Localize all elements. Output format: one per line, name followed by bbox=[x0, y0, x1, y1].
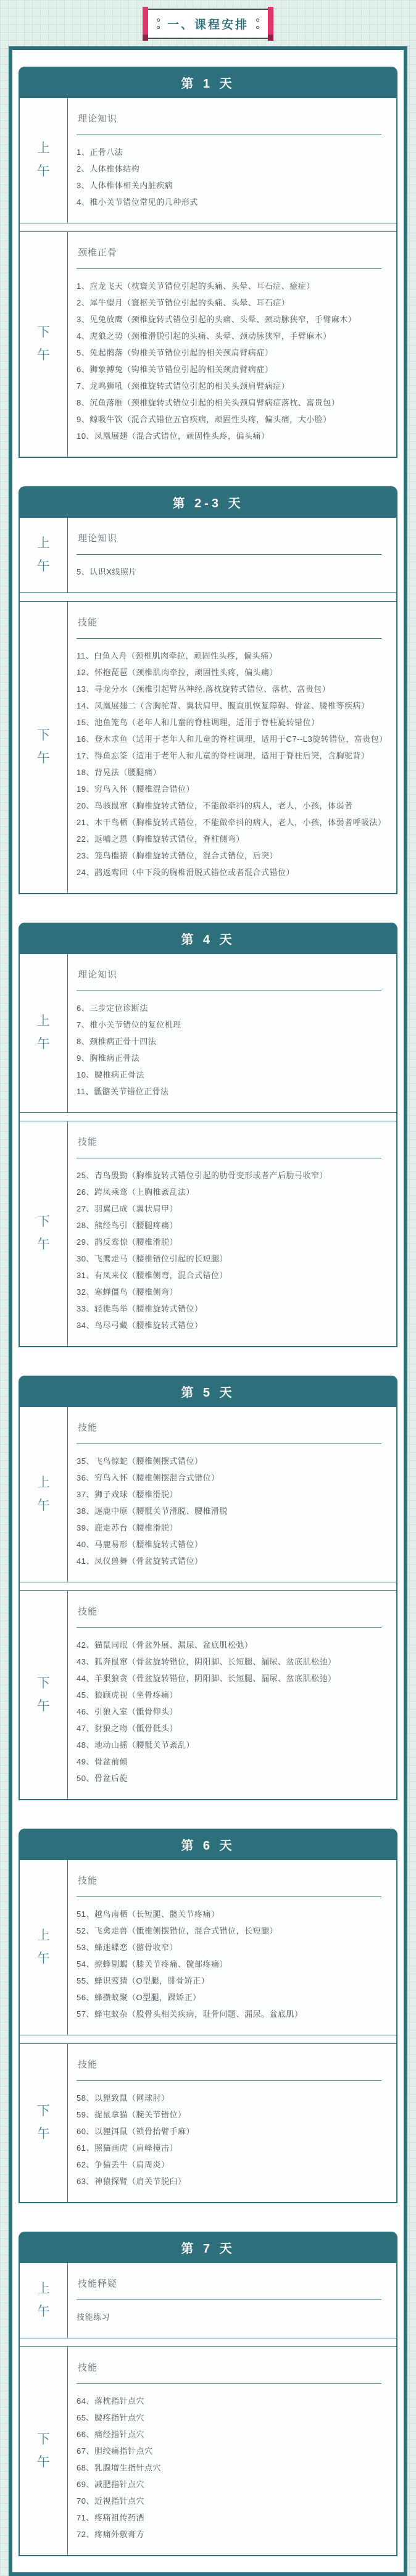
course-item: 3、人体椎体相关内脏疾病 bbox=[77, 177, 385, 194]
course-item: 19、穷鸟入怀（腰椎混合错位） bbox=[77, 781, 385, 797]
session-time-label: 上午 bbox=[36, 138, 51, 183]
day-card: 第 2-3 天 上午 理论知识 5、认识X线照片 下午 技能 11、白鱼入舟（颈… bbox=[19, 486, 397, 894]
session-separator bbox=[20, 592, 396, 602]
course-item: 32、寒蝉僵鸟（腰椎侧弯） bbox=[77, 1284, 385, 1300]
page-title: 一、课程安排 bbox=[167, 15, 249, 32]
session-row: 下午 颈椎正骨 1、应龙飞天（枕寰关节错位引起的头痛、头晕、耳石症、癔症）2、犀… bbox=[20, 232, 396, 457]
session-content: 技能释疑 技能练习 bbox=[68, 2263, 396, 2338]
course-item: 14、凤凰展翅二（含胸驼背、翼状肩甲、腹直肌恢复障碍、骨盆、腰椎等疾病） bbox=[77, 697, 385, 714]
section-title: 理论知识 bbox=[77, 962, 385, 991]
course-item-list: 5、认识X线照片 bbox=[77, 563, 385, 580]
day-title: 第 6 天 bbox=[181, 1839, 235, 1853]
course-item: 35、飞鸟惊蛇（腰椎侧摆式错位） bbox=[77, 1453, 385, 1469]
session-separator bbox=[20, 223, 396, 232]
title-dots-right bbox=[256, 19, 259, 29]
session-time-cell: 下午 bbox=[20, 2347, 68, 2555]
course-item: 33、轻徙鸟举（腰椎旋转式错位） bbox=[77, 1300, 385, 1317]
course-item-list: 1、应龙飞天（枕寰关节错位引起的头痛、头晕、耳石症、癔症）2、犀牛望月（寰枢关节… bbox=[77, 278, 385, 444]
course-item: 57、蜂屯蚁杂（股骨头相关疾病，耻骨问题、漏尿。盆底肌） bbox=[77, 2006, 385, 2022]
session-time-cell: 上午 bbox=[20, 518, 68, 592]
course-item: 13、寻龙分水（颈椎引起臂丛神经,落枕旋转式错位、落枕、富贵包） bbox=[77, 681, 385, 697]
dot-icon bbox=[256, 26, 259, 29]
session-time-label: 上午 bbox=[36, 1925, 51, 1971]
course-item-list: 64、落枕指针点穴65、腰疼指针点穴66、痛经指针点穴67、胆绞痛指针点穴68、… bbox=[77, 2393, 385, 2543]
course-item: 27、羽翼已成（翼状肩甲） bbox=[77, 1200, 385, 1217]
session-content: 技能 35、飞鸟惊蛇（腰椎侧摆式错位）36、穷鸟入怀（腰椎侧摆混合式错位）37、… bbox=[68, 1407, 396, 1582]
course-item: 65、腰疼指针点穴 bbox=[77, 2409, 385, 2426]
title-row: 一、课程安排 bbox=[0, 0, 416, 39]
course-item: 技能练习 bbox=[77, 2309, 385, 2325]
section-divider bbox=[77, 638, 381, 639]
course-item: 48、地动山摇（腰骶关节紊乱） bbox=[77, 1737, 385, 1753]
session-separator bbox=[20, 1112, 396, 1121]
session-content: 理论知识 5、认识X线照片 bbox=[68, 518, 396, 592]
course-item: 38、逐鹿中原（腰骶关节滑脱、腰椎滑脱 bbox=[77, 1503, 385, 1519]
course-item: 66、痛经指针点穴 bbox=[77, 2426, 385, 2443]
session-time-label: 上午 bbox=[36, 1472, 51, 1518]
course-item: 2、人体椎体结构 bbox=[77, 160, 385, 177]
course-item-list: 42、猫鼠同眠（骨盆外展、漏尿、盆底肌松弛）43、狐奔鼠窜（骨盆旋转错位，阴阳脚… bbox=[77, 1637, 385, 1787]
day-header: 第 7 天 bbox=[19, 2232, 397, 2263]
course-item: 46、引狼入室（骶骨仰头） bbox=[77, 1703, 385, 1720]
day-header: 第 5 天 bbox=[19, 1376, 397, 1407]
day-title: 第 7 天 bbox=[181, 2242, 235, 2256]
session-content: 技能 42、猫鼠同眠（骨盆外展、漏尿、盆底肌松弛）43、狐奔鼠窜（骨盆旋转错位，… bbox=[68, 1591, 396, 1799]
section-title: 理论知识 bbox=[77, 525, 385, 554]
course-item: 61、照猫画虎（肩峰撞击） bbox=[77, 2140, 385, 2156]
course-item: 12、怀抱琵琶（颈椎肌肉牵拉，顽固性头疼，偏头痛） bbox=[77, 664, 385, 681]
course-item-list: 25、青鸟殷勤（胸椎旋转式错位引起的肋骨变形或者产后肋弓收窄）26、跨凤乘鸾（上… bbox=[77, 1167, 385, 1334]
day-title: 第 5 天 bbox=[181, 1386, 235, 1400]
title-dots-left bbox=[157, 19, 160, 29]
section-divider bbox=[77, 2080, 381, 2081]
course-item: 6、狮象搏兔（钩椎关节错位引起的相关颈肩臂病症） bbox=[77, 361, 385, 378]
course-item: 6、三步定位诊断法 bbox=[77, 1000, 385, 1016]
course-item: 10、腰椎病正骨法 bbox=[77, 1066, 385, 1083]
course-item: 5、认识X线照片 bbox=[77, 563, 385, 580]
course-item: 25、青鸟殷勤（胸椎旋转式错位引起的肋骨变形或者产后肋弓收窄） bbox=[77, 1167, 385, 1184]
section-title: 技能 bbox=[77, 2354, 385, 2383]
course-item: 53、蜂迷蝶恋（髂骨收窄） bbox=[77, 1939, 385, 1956]
course-item: 9、胸椎病正骨法 bbox=[77, 1050, 385, 1066]
section-divider bbox=[77, 1158, 381, 1158]
day-card: 第 5 天 上午 技能 35、飞鸟惊蛇（腰椎侧摆式错位）36、穷鸟入怀（腰椎侧摆… bbox=[19, 1376, 397, 1800]
course-item: 68、乳腺增生指针点穴 bbox=[77, 2459, 385, 2476]
course-item: 4、椎小关节错位常见的几种形式 bbox=[77, 194, 385, 210]
section-divider bbox=[77, 1627, 381, 1628]
day-table: 上午 理论知识 1、正骨八法2、人体椎体结构3、人体椎体相关内脏疾病4、椎小关节… bbox=[19, 98, 397, 458]
course-item: 31、有凤来仪（腰椎侧弯，混合式错位） bbox=[77, 1267, 385, 1284]
schedule-container: 第 1 天 上午 理论知识 1、正骨八法2、人体椎体结构3、人体椎体相关内脏疾病… bbox=[9, 46, 407, 2576]
course-item: 7、龙鸣狮吼（颈椎旋转式错位引起的相关头颈肩臂病症） bbox=[77, 378, 385, 394]
course-item: 36、穷鸟入怀（腰椎侧摆混合式错位） bbox=[77, 1469, 385, 1486]
session-content: 技能 51、越鸟南栖（长短腿、髋关节疼痛）52、飞禽走兽（骶椎侧摆错位，混合式错… bbox=[68, 1860, 396, 2035]
course-item-list: 51、越鸟南栖（长短腿、髋关节疼痛）52、飞禽走兽（骶椎侧摆错位，混合式错位，长… bbox=[77, 1906, 385, 2022]
session-content: 技能 25、青鸟殷勤（胸椎旋转式错位引起的肋骨变形或者产后肋弓收窄）26、跨凤乘… bbox=[68, 1121, 396, 1346]
course-item: 9、鲸吸牛饮（混合式错位五官疾病，顽固性头疼，偏头痛，大小脸） bbox=[77, 411, 385, 428]
session-content: 理论知识 1、正骨八法2、人体椎体结构3、人体椎体相关内脏疾病4、椎小关节错位常… bbox=[68, 98, 396, 223]
course-item: 4、虎狼之势（颈椎滑脱引起的头痛、头晕、颈动脉狭窄，手臂麻木） bbox=[77, 328, 385, 344]
session-time-label: 下午 bbox=[36, 1672, 51, 1718]
course-item: 23、笼鸟槛猿（胸椎旋转式错位，混合式错位，后突） bbox=[77, 847, 385, 864]
course-item-list: 技能练习 bbox=[77, 2309, 385, 2325]
course-item-list: 58、以狸致鼠（网球肘）59、捉鼠拿猫（腕关节错位）60、以狸饵鼠（锁骨抬臂手麻… bbox=[77, 2090, 385, 2190]
session-separator bbox=[20, 2338, 396, 2347]
course-item: 26、跨凤乘鸾（上胸椎紊乱法） bbox=[77, 1184, 385, 1200]
course-item-list: 1、正骨八法2、人体椎体结构3、人体椎体相关内脏疾病4、椎小关节错位常见的几种形… bbox=[77, 144, 385, 210]
session-row: 下午 技能 42、猫鼠同眠（骨盆外展、漏尿、盆底肌松弛）43、狐奔鼠窜（骨盆旋转… bbox=[20, 1591, 396, 1799]
day-header: 第 1 天 bbox=[19, 67, 397, 98]
session-content: 技能 64、落枕指针点穴65、腰疼指针点穴66、痛经指针点穴67、胆绞痛指针点穴… bbox=[68, 2347, 396, 2555]
dot-icon bbox=[256, 19, 259, 22]
course-item: 49、骨盆前倾 bbox=[77, 1753, 385, 1770]
dot-icon bbox=[157, 26, 160, 29]
course-item: 44、羊狠狼贪（骨盆旋转错位，阴阳脚、长短腿、漏尿、盆底肌松弛） bbox=[77, 1670, 385, 1687]
session-time-label: 上午 bbox=[36, 533, 51, 578]
session-time-label: 下午 bbox=[36, 2100, 51, 2146]
course-item: 34、鸟尽弓藏（腰椎旋转式错位） bbox=[77, 1317, 385, 1334]
section-divider bbox=[77, 991, 381, 991]
course-item: 2、犀牛望月（寰枢关节错位引起的头痛、头晕、耳石症） bbox=[77, 294, 385, 311]
course-item: 72、疼痛外敷膏方 bbox=[77, 2526, 385, 2543]
course-item: 8、颈椎病正骨十四法 bbox=[77, 1033, 385, 1050]
course-item: 39、鹿走苏台（腰椎滑脱） bbox=[77, 1519, 385, 1536]
course-item: 56、蜂攒蚁聚（O型腿，踝矫正） bbox=[77, 1989, 385, 2006]
day-table: 上午 技能 51、越鸟南栖（长短腿、髋关节疼痛）52、飞禽走兽（骶椎侧摆错位，混… bbox=[19, 1860, 397, 2203]
course-item: 8、沉鱼落雁（颈椎旋转式错位引起的相关头颈肩臂病症落枕、富贵包） bbox=[77, 394, 385, 411]
section-title: 技能 bbox=[77, 1129, 385, 1158]
session-row: 下午 技能 64、落枕指针点穴65、腰疼指针点穴66、痛经指针点穴67、胆绞痛指… bbox=[20, 2347, 396, 2555]
course-item: 55、蜂识莺猜（O型腿，腓骨矫正） bbox=[77, 1972, 385, 1989]
course-item: 11、骶髂关节错位正骨法 bbox=[77, 1083, 385, 1100]
course-item: 37、狮子戏球（腰椎滑脱） bbox=[77, 1486, 385, 1503]
day-header: 第 4 天 bbox=[19, 923, 397, 954]
day-title: 第 4 天 bbox=[181, 933, 235, 947]
session-row: 下午 技能 25、青鸟殷勤（胸椎旋转式错位引起的肋骨变形或者产后肋弓收窄）26、… bbox=[20, 1121, 396, 1346]
course-item: 3、见兔放鹰（颈椎旋转式错位引起的头痛、头晕、颈动脉狭窄，手臂麻木） bbox=[77, 311, 385, 328]
course-item: 47、豺狼之吻（骶骨低头） bbox=[77, 1720, 385, 1737]
course-item: 1、正骨八法 bbox=[77, 144, 385, 160]
course-item: 17、得鱼忘筌（适用于老年人和儿童的脊柱调理，适用于脊柱后突，含胸驼背） bbox=[77, 747, 385, 764]
session-time-cell: 上午 bbox=[20, 1407, 68, 1582]
course-item-list: 35、飞鸟惊蛇（腰椎侧摆式错位）36、穷鸟入怀（腰椎侧摆混合式错位）37、狮子戏… bbox=[77, 1453, 385, 1569]
session-row: 上午 理论知识 5、认识X线照片 bbox=[20, 518, 396, 592]
session-row: 下午 技能 11、白鱼入舟（颈椎肌肉牵拉，顽固性头疼，偏头痛）12、怀抱琵琶（颈… bbox=[20, 602, 396, 893]
section-title: 颈椎正骨 bbox=[77, 239, 385, 268]
course-item: 52、飞禽走兽（骶椎侧摆错位，混合式错位，长短腿） bbox=[77, 1922, 385, 1939]
course-item: 58、以狸致鼠（网球肘） bbox=[77, 2090, 385, 2106]
course-item: 16、登木求鱼（适用于老年人和儿童的脊柱调理，适用于C7--L3旋转错位，富贵包… bbox=[77, 731, 385, 747]
course-item-list: 11、白鱼入舟（颈椎肌肉牵拉，顽固性头疼，偏头痛）12、怀抱琵琶（颈椎肌肉牵拉，… bbox=[77, 647, 385, 881]
course-item: 51、越鸟南栖（长短腿、髋关节疼痛） bbox=[77, 1906, 385, 1922]
session-content: 技能 58、以狸致鼠（网球肘）59、捉鼠拿猫（腕关节错位）60、以狸饵鼠（锁骨抬… bbox=[68, 2044, 396, 2202]
session-row: 上午 理论知识 6、三步定位诊断法7、椎小关节错位的复位机理8、颈椎病正骨十四法… bbox=[20, 954, 396, 1112]
session-row: 上午 技能 51、越鸟南栖（长短腿、髋关节疼痛）52、飞禽走兽（骶椎侧摆错位，混… bbox=[20, 1860, 396, 2035]
course-item: 18、背晃法（腰腿痛） bbox=[77, 764, 385, 781]
session-content: 理论知识 6、三步定位诊断法7、椎小关节错位的复位机理8、颈椎病正骨十四法9、胸… bbox=[68, 954, 396, 1112]
course-item: 21、木干鸟栖（胸椎旋转式错位，不能做牵抖的病人，老人，小孩，体弱者呼吸法） bbox=[77, 814, 385, 831]
course-item: 5、兔起鹘落（钩椎关节错位引起的相关颈肩臂病症） bbox=[77, 344, 385, 361]
day-table: 上午 技能释疑 技能练习 下午 技能 64、落枕指针点穴65、腰疼指针点穴66、… bbox=[19, 2263, 397, 2556]
session-time-cell: 上午 bbox=[20, 2263, 68, 2338]
session-row: 上午 技能 35、飞鸟惊蛇（腰椎侧摆式错位）36、穷鸟入怀（腰椎侧摆混合式错位）… bbox=[20, 1407, 396, 1582]
session-time-cell: 下午 bbox=[20, 1591, 68, 1799]
course-item: 42、猫鼠同眠（骨盆外展、漏尿、盆底肌松弛） bbox=[77, 1637, 385, 1653]
section-divider bbox=[77, 135, 381, 135]
day-title: 第 2-3 天 bbox=[172, 497, 243, 510]
course-item: 11、白鱼入舟（颈椎肌肉牵拉，顽固性头疼，偏头痛） bbox=[77, 647, 385, 664]
session-row: 上午 理论知识 1、正骨八法2、人体椎体结构3、人体椎体相关内脏疾病4、椎小关节… bbox=[20, 98, 396, 223]
course-item: 71、疼痛祖传药酒 bbox=[77, 2509, 385, 2526]
dot-icon bbox=[157, 19, 160, 22]
course-item: 67、胆绞痛指针点穴 bbox=[77, 2443, 385, 2459]
day-header: 第 6 天 bbox=[19, 1829, 397, 1860]
course-item: 63、神猿探臂（肩关节脱臼） bbox=[77, 2173, 385, 2190]
course-item: 7、椎小关节错位的复位机理 bbox=[77, 1016, 385, 1033]
section-title: 理论知识 bbox=[77, 106, 385, 135]
course-item: 30、飞鹰走马（腰椎错位引起的长短腿） bbox=[77, 1250, 385, 1267]
day-title: 第 1 天 bbox=[181, 77, 235, 91]
course-item: 29、鹊反鸾惊（腰椎滑脱） bbox=[77, 1234, 385, 1250]
session-time-label: 下午 bbox=[36, 2429, 51, 2474]
section-title: 技能 bbox=[77, 2051, 385, 2080]
day-card: 第 4 天 上午 理论知识 6、三步定位诊断法7、椎小关节错位的复位机理8、颈椎… bbox=[19, 923, 397, 1347]
session-content: 技能 11、白鱼入舟（颈椎肌肉牵拉，顽固性头疼，偏头痛）12、怀抱琵琶（颈椎肌肉… bbox=[68, 602, 396, 893]
course-schedule-page: 一、课程安排 第 1 天 上午 理论知识 1、正骨八法2、人体椎体结构3、人体椎… bbox=[0, 0, 416, 2576]
course-item: 22、返哺之恩（胸椎旋转式错位，脊柱侧弯） bbox=[77, 831, 385, 847]
page-title-box: 一、课程安排 bbox=[144, 9, 272, 39]
course-item: 50、骨盆后旋 bbox=[77, 1770, 385, 1787]
course-item: 64、落枕指针点穴 bbox=[77, 2393, 385, 2409]
course-item: 10、凤凰展翅（混合式错位，顽固性头疼，偏头痛） bbox=[77, 428, 385, 444]
day-table: 上午 理论知识 5、认识X线照片 下午 技能 11、白鱼入舟（颈椎肌肉牵拉，顽固… bbox=[19, 518, 397, 894]
section-title: 技能 bbox=[77, 1868, 385, 1897]
section-title: 技能释疑 bbox=[77, 2271, 385, 2300]
section-divider bbox=[77, 2300, 381, 2300]
course-item: 45、狼顾虎视（坐骨疼痛） bbox=[77, 1687, 385, 1703]
session-time-cell: 下午 bbox=[20, 2044, 68, 2202]
day-card: 第 7 天 上午 技能释疑 技能练习 下午 技能 64、落枕指针点穴65、腰疼指… bbox=[19, 2232, 397, 2556]
section-title: 技能 bbox=[77, 1598, 385, 1627]
day-card: 第 6 天 上午 技能 51、越鸟南栖（长短腿、髋关节疼痛）52、飞禽走兽（骶椎… bbox=[19, 1829, 397, 2203]
section-divider bbox=[77, 1897, 381, 1897]
session-time-cell: 下午 bbox=[20, 232, 68, 457]
day-header: 第 2-3 天 bbox=[19, 486, 397, 518]
course-item: 41、凤仪兽舞（骨盆旋转式错位） bbox=[77, 1553, 385, 1569]
session-row: 上午 技能释疑 技能练习 bbox=[20, 2263, 396, 2338]
day-table: 上午 理论知识 6、三步定位诊断法7、椎小关节错位的复位机理8、颈椎病正骨十四法… bbox=[19, 954, 397, 1347]
course-item: 43、狐奔鼠窜（骨盆旋转错位，阴阳脚、长短腿、漏尿、盆底肌松弛） bbox=[77, 1653, 385, 1670]
course-item: 62、争猫丢牛（肩周炎） bbox=[77, 2156, 385, 2173]
section-title: 技能 bbox=[77, 609, 385, 638]
course-item: 59、捉鼠拿猫（腕关节错位） bbox=[77, 2106, 385, 2123]
session-time-cell: 上午 bbox=[20, 98, 68, 223]
course-item: 28、熊经鸟引（腰腿疼痛） bbox=[77, 1217, 385, 1234]
course-item: 15、池鱼笼鸟（老年人和儿童的脊柱调理，适用于脊柱旋转错位） bbox=[77, 714, 385, 731]
session-time-label: 下午 bbox=[36, 322, 51, 367]
course-item: 69、减肥指针点穴 bbox=[77, 2476, 385, 2493]
course-item: 60、以狸饵鼠（锁骨抬臂手麻） bbox=[77, 2123, 385, 2140]
session-time-label: 下午 bbox=[36, 1211, 51, 1257]
day-card: 第 1 天 上午 理论知识 1、正骨八法2、人体椎体结构3、人体椎体相关内脏疾病… bbox=[19, 67, 397, 458]
session-time-label: 上午 bbox=[36, 2278, 51, 2324]
session-time-cell: 下午 bbox=[20, 1121, 68, 1346]
course-item: 24、鹊返鸾回（中下段的胸椎滑脱式错位或者混合式错位） bbox=[77, 864, 385, 881]
course-item: 40、马鹿易形（腰椎旋转式错位） bbox=[77, 1536, 385, 1553]
course-item: 20、鸟骇鼠窜（胸椎旋转式错位，不能做牵抖的病人，老人，小孩，体弱者 bbox=[77, 797, 385, 814]
course-item: 70、近视指针点穴 bbox=[77, 2493, 385, 2509]
section-divider bbox=[77, 2383, 381, 2384]
course-item: 1、应龙飞天（枕寰关节错位引起的头痛、头晕、耳石症、癔症） bbox=[77, 278, 385, 294]
session-separator bbox=[20, 2035, 396, 2044]
course-item: 54、撩蜂剔蝎（膝关节疼痛、髋部疼痛） bbox=[77, 1956, 385, 1972]
session-time-cell: 上午 bbox=[20, 1860, 68, 2035]
section-divider bbox=[77, 1444, 381, 1444]
section-title: 技能 bbox=[77, 1415, 385, 1444]
session-time-label: 上午 bbox=[36, 1010, 51, 1056]
section-divider bbox=[77, 268, 381, 269]
session-time-cell: 上午 bbox=[20, 954, 68, 1112]
session-separator bbox=[20, 1582, 396, 1591]
session-content: 颈椎正骨 1、应龙飞天（枕寰关节错位引起的头痛、头晕、耳石症、癔症）2、犀牛望月… bbox=[68, 232, 396, 457]
day-table: 上午 技能 35、飞鸟惊蛇（腰椎侧摆式错位）36、穷鸟入怀（腰椎侧摆混合式错位）… bbox=[19, 1407, 397, 1800]
session-row: 下午 技能 58、以狸致鼠（网球肘）59、捉鼠拿猫（腕关节错位）60、以狸饵鼠（… bbox=[20, 2044, 396, 2202]
course-item-list: 6、三步定位诊断法7、椎小关节错位的复位机理8、颈椎病正骨十四法9、胸椎病正骨法… bbox=[77, 1000, 385, 1100]
session-time-cell: 下午 bbox=[20, 602, 68, 893]
session-time-label: 下午 bbox=[36, 725, 51, 770]
section-divider bbox=[77, 554, 381, 555]
